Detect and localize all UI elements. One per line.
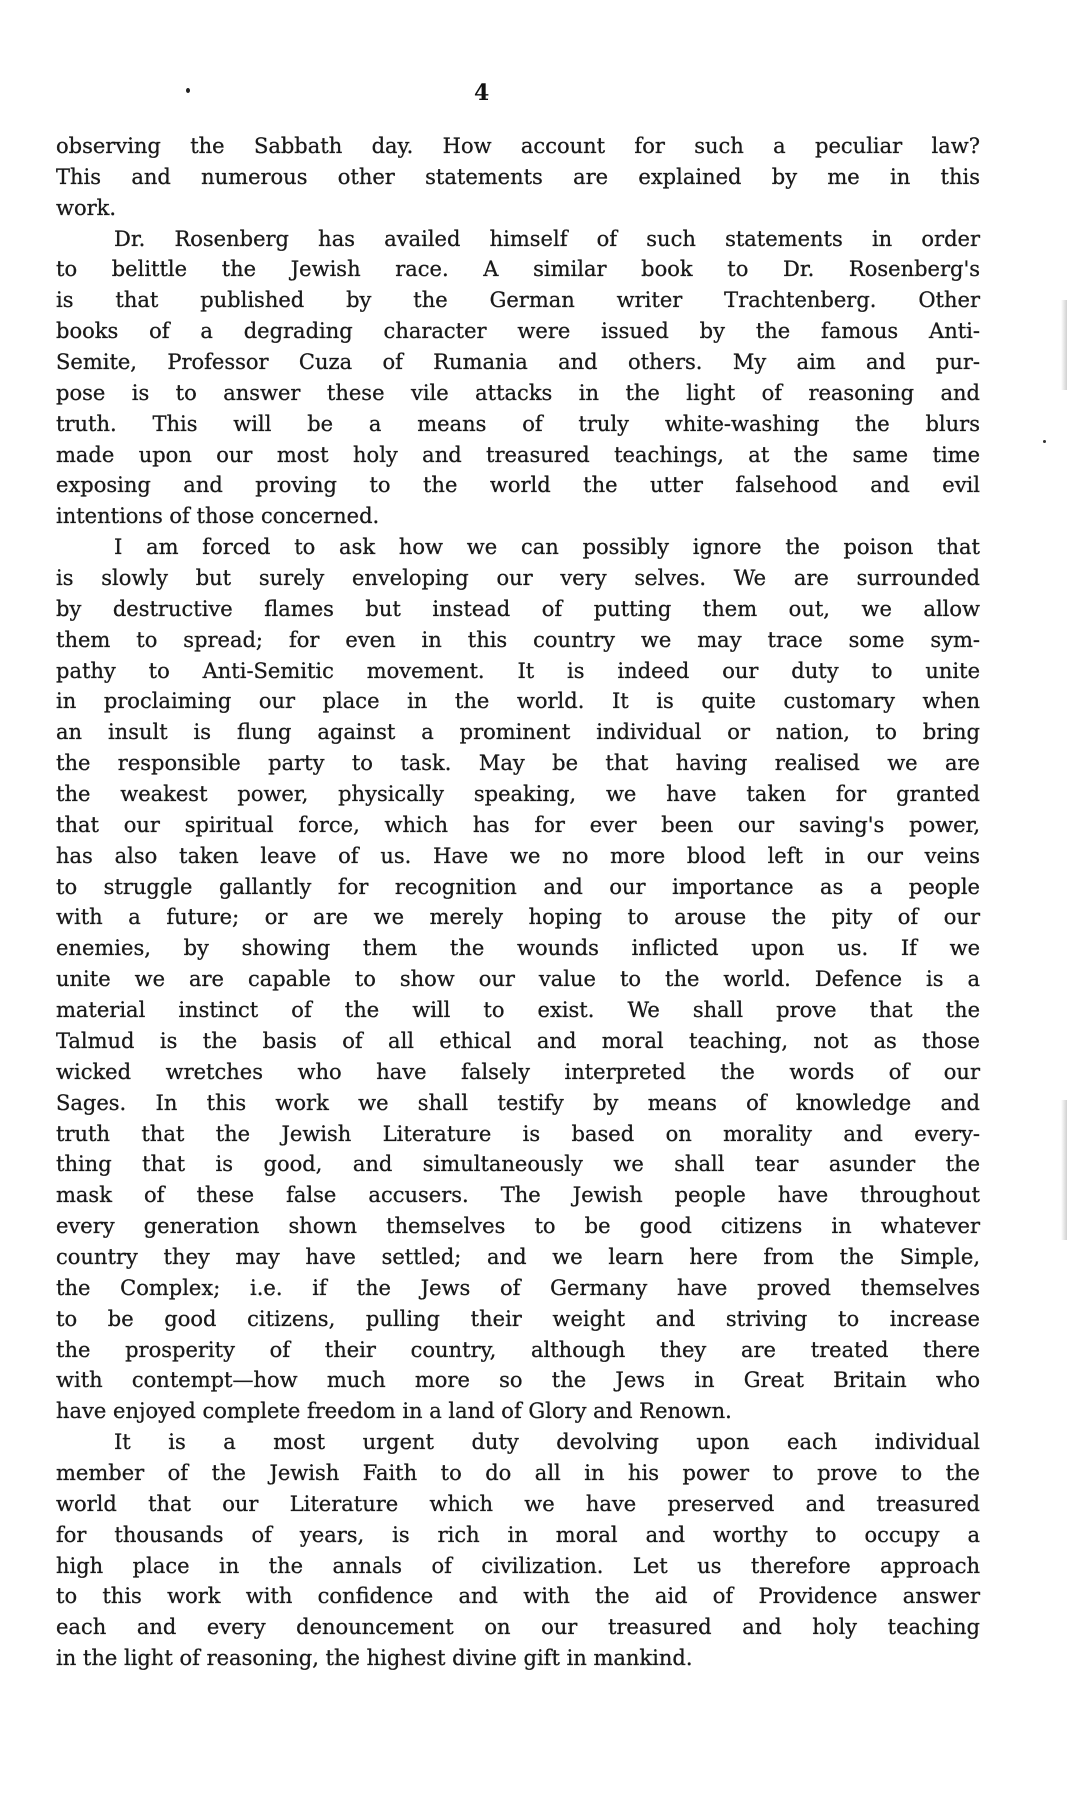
text-line: unite we are capable to show our value t… bbox=[56, 964, 980, 995]
text-line: the weakest power, physically speaking, … bbox=[56, 779, 980, 810]
text-line: material instinct of the will to exist. … bbox=[56, 995, 980, 1026]
text-line: work. bbox=[56, 193, 980, 224]
text-line: truth that the Jewish Literature is base… bbox=[56, 1119, 980, 1150]
paragraph: observing the Sabbath day. How account f… bbox=[56, 131, 980, 224]
paragraph: I am forced to ask how we can possibly i… bbox=[56, 532, 980, 1427]
text-line: This and numerous other statements are e… bbox=[56, 162, 980, 193]
text-line: has also taken leave of us. Have we no m… bbox=[56, 841, 980, 872]
text-line: is slowly but surely enveloping our very… bbox=[56, 563, 980, 594]
text-line: Talmud is the basis of all ethical and m… bbox=[56, 1026, 980, 1057]
text-line: is that published by the German writer T… bbox=[56, 285, 980, 316]
text-line: made upon our most holy and treasured te… bbox=[56, 440, 980, 471]
paragraph: Dr. Rosenberg has availed himself of suc… bbox=[56, 224, 980, 533]
text-line: in the light of reasoning, the highest d… bbox=[56, 1643, 980, 1674]
text-line: them to spread; for even in this country… bbox=[56, 625, 980, 656]
text-line: mask of these false accusers. The Jewish… bbox=[56, 1180, 980, 1211]
text-line: an insult is flung against a prominent i… bbox=[56, 717, 980, 748]
text-line: wicked wretches who have falsely interpr… bbox=[56, 1057, 980, 1088]
text-line: member of the Jewish Faith to do all in … bbox=[56, 1458, 980, 1489]
text-line: high place in the annals of civilization… bbox=[56, 1551, 980, 1582]
text-line: in proclaiming our place in the world. I… bbox=[56, 686, 980, 717]
text-line: enemies, by showing them the wounds infl… bbox=[56, 933, 980, 964]
text-line: Dr. Rosenberg has availed himself of suc… bbox=[56, 224, 980, 255]
stray-ink-dot bbox=[186, 88, 190, 93]
text-line: Semite, Professor Cuza of Rumania and ot… bbox=[56, 347, 980, 378]
text-line: the prosperity of their country, althoug… bbox=[56, 1335, 980, 1366]
text-line: observing the Sabbath day. How account f… bbox=[56, 131, 980, 162]
text-line: with a future; or are we merely hoping t… bbox=[56, 902, 980, 933]
text-line: truth. This will be a means of truly whi… bbox=[56, 409, 980, 440]
text-line: pose is to answer these vile attacks in … bbox=[56, 378, 980, 409]
text-line: by destructive flames but instead of put… bbox=[56, 594, 980, 625]
text-line: I am forced to ask how we can possibly i… bbox=[56, 532, 980, 563]
text-line: the Complex; i.e. if the Jews of Germany… bbox=[56, 1273, 980, 1304]
text-line: to struggle gallantly for recognition an… bbox=[56, 872, 980, 903]
text-line: world that our Literature which we have … bbox=[56, 1489, 980, 1520]
text-line: Sages. In this work we shall testify by … bbox=[56, 1088, 980, 1119]
text-line: to be good citizens, pulling their weigh… bbox=[56, 1304, 980, 1335]
text-line: each and every denouncement on our treas… bbox=[56, 1612, 980, 1643]
text-line: exposing and proving to the world the ut… bbox=[56, 470, 980, 501]
body-text: observing the Sabbath day. How account f… bbox=[56, 131, 980, 1674]
text-line: country they may have settled; and we le… bbox=[56, 1242, 980, 1273]
scan-speck bbox=[1043, 440, 1046, 443]
text-line: It is a most urgent duty devolving upon … bbox=[56, 1427, 980, 1458]
text-line: for thousands of years, is rich in moral… bbox=[56, 1520, 980, 1551]
text-line: the responsible party to task. May be th… bbox=[56, 748, 980, 779]
page-number: 4 bbox=[474, 80, 489, 106]
text-line: thing that is good, and simultaneously w… bbox=[56, 1149, 980, 1180]
text-line: to belittle the Jewish race. A similar b… bbox=[56, 254, 980, 285]
text-line: have enjoyed complete freedom in a land … bbox=[56, 1396, 980, 1427]
text-line: pathy to Anti-Semitic movement. It is in… bbox=[56, 656, 980, 687]
text-line: with contempt—how much more so the Jews … bbox=[56, 1365, 980, 1396]
scan-edge-artifact bbox=[1061, 1100, 1067, 1240]
text-line: to this work with confidence and with th… bbox=[56, 1581, 980, 1612]
text-line: that our spiritual force, which has for … bbox=[56, 810, 980, 841]
text-line: intentions of those concerned. bbox=[56, 501, 980, 532]
scanned-book-page: 4 observing the Sabbath day. How account… bbox=[0, 0, 1067, 1798]
paragraph: It is a most urgent duty devolving upon … bbox=[56, 1427, 980, 1674]
text-line: every generation shown themselves to be … bbox=[56, 1211, 980, 1242]
text-line: books of a degrading character were issu… bbox=[56, 316, 980, 347]
scan-edge-artifact bbox=[1061, 300, 1067, 390]
